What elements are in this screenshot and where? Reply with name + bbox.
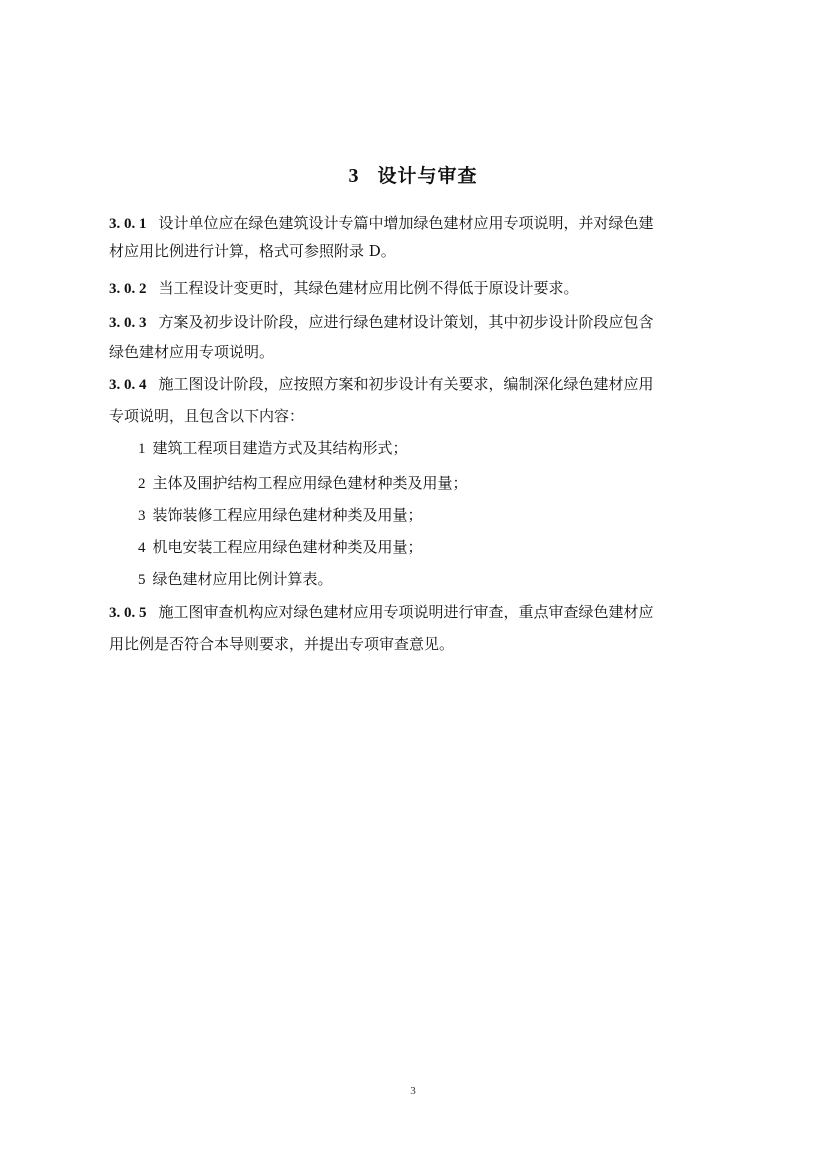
clause-text-continuation: 专项说明，且包含以下内容： — [109, 406, 304, 426]
list-item: 5绿色建材应用比例计算表。 — [138, 569, 333, 589]
list-item-number: 3 — [138, 508, 146, 524]
clause-3-0-3: 3. 0. 3方案及初步设计阶段，应进行绿色建材设计策划，其中初步设计阶段应包含 — [109, 312, 654, 332]
clause-text-continuation: 用比例是否符合本导则要求，并提出专项审查意见。 — [109, 634, 454, 654]
clause-text: 施工图审查机构应对绿色建材应用专项说明进行审查，重点审查绿色建材应 — [159, 603, 654, 621]
clause-number: 3. 0. 1 — [109, 216, 147, 232]
list-item-number: 2 — [138, 476, 146, 492]
clause-number: 3. 0. 5 — [109, 605, 147, 621]
list-item-number: 4 — [138, 540, 146, 556]
page-number: 3 — [0, 1085, 826, 1097]
clause-number: 3. 0. 4 — [109, 377, 147, 393]
clause-text-continuation: 绿色建材应用专项说明。 — [109, 342, 274, 362]
clause-number: 3. 0. 3 — [109, 315, 147, 331]
clause-text: 施工图设计阶段，应按照方案和初步设计有关要求，编制深化绿色建材应用 — [159, 375, 654, 393]
clause-text: 方案及初步设计阶段，应进行绿色建材设计策划，其中初步设计阶段应包含 — [159, 313, 654, 331]
list-item: 4机电安装工程应用绿色建材种类及用量； — [138, 537, 423, 557]
list-item: 1建筑工程项目建造方式及其结构形式； — [138, 438, 408, 458]
clause-number: 3. 0. 2 — [109, 281, 147, 297]
clause-text: 当工程设计变更时，其绿色建材应用比例不得低于原设计要求。 — [159, 279, 579, 297]
section-heading: 3设计与审查 — [0, 161, 826, 188]
list-item-text: 主体及围护结构工程应用绿色建材种类及用量； — [153, 474, 468, 492]
list-item-number: 5 — [138, 572, 146, 588]
clause-3-0-2: 3. 0. 2当工程设计变更时，其绿色建材应用比例不得低于原设计要求。 — [109, 278, 579, 298]
clause-text: 设计单位应在绿色建筑设计专篇中增加绿色建材应用专项说明，并对绿色建 — [159, 214, 654, 232]
list-item: 2主体及围护结构工程应用绿色建材种类及用量； — [138, 473, 468, 493]
list-item: 3装饰装修工程应用绿色建材种类及用量； — [138, 505, 423, 525]
section-title: 设计与审查 — [377, 165, 477, 187]
clause-3-0-1: 3. 0. 1设计单位应在绿色建筑设计专篇中增加绿色建材应用专项说明，并对绿色建 — [109, 213, 654, 233]
list-item-text: 装饰装修工程应用绿色建材种类及用量； — [153, 506, 423, 524]
section-number: 3 — [348, 165, 359, 187]
clause-text-continuation: 材应用比例进行计算，格式可参照附录 D。 — [109, 241, 396, 261]
list-item-text: 建筑工程项目建造方式及其结构形式； — [153, 439, 408, 457]
list-item-text: 绿色建材应用比例计算表。 — [153, 570, 333, 588]
clause-3-0-5: 3. 0. 5施工图审查机构应对绿色建材应用专项说明进行审查，重点审查绿色建材应 — [109, 602, 654, 622]
list-item-text: 机电安装工程应用绿色建材种类及用量； — [153, 538, 423, 556]
clause-3-0-4: 3. 0. 4施工图设计阶段，应按照方案和初步设计有关要求，编制深化绿色建材应用 — [109, 374, 654, 394]
list-item-number: 1 — [138, 441, 146, 457]
